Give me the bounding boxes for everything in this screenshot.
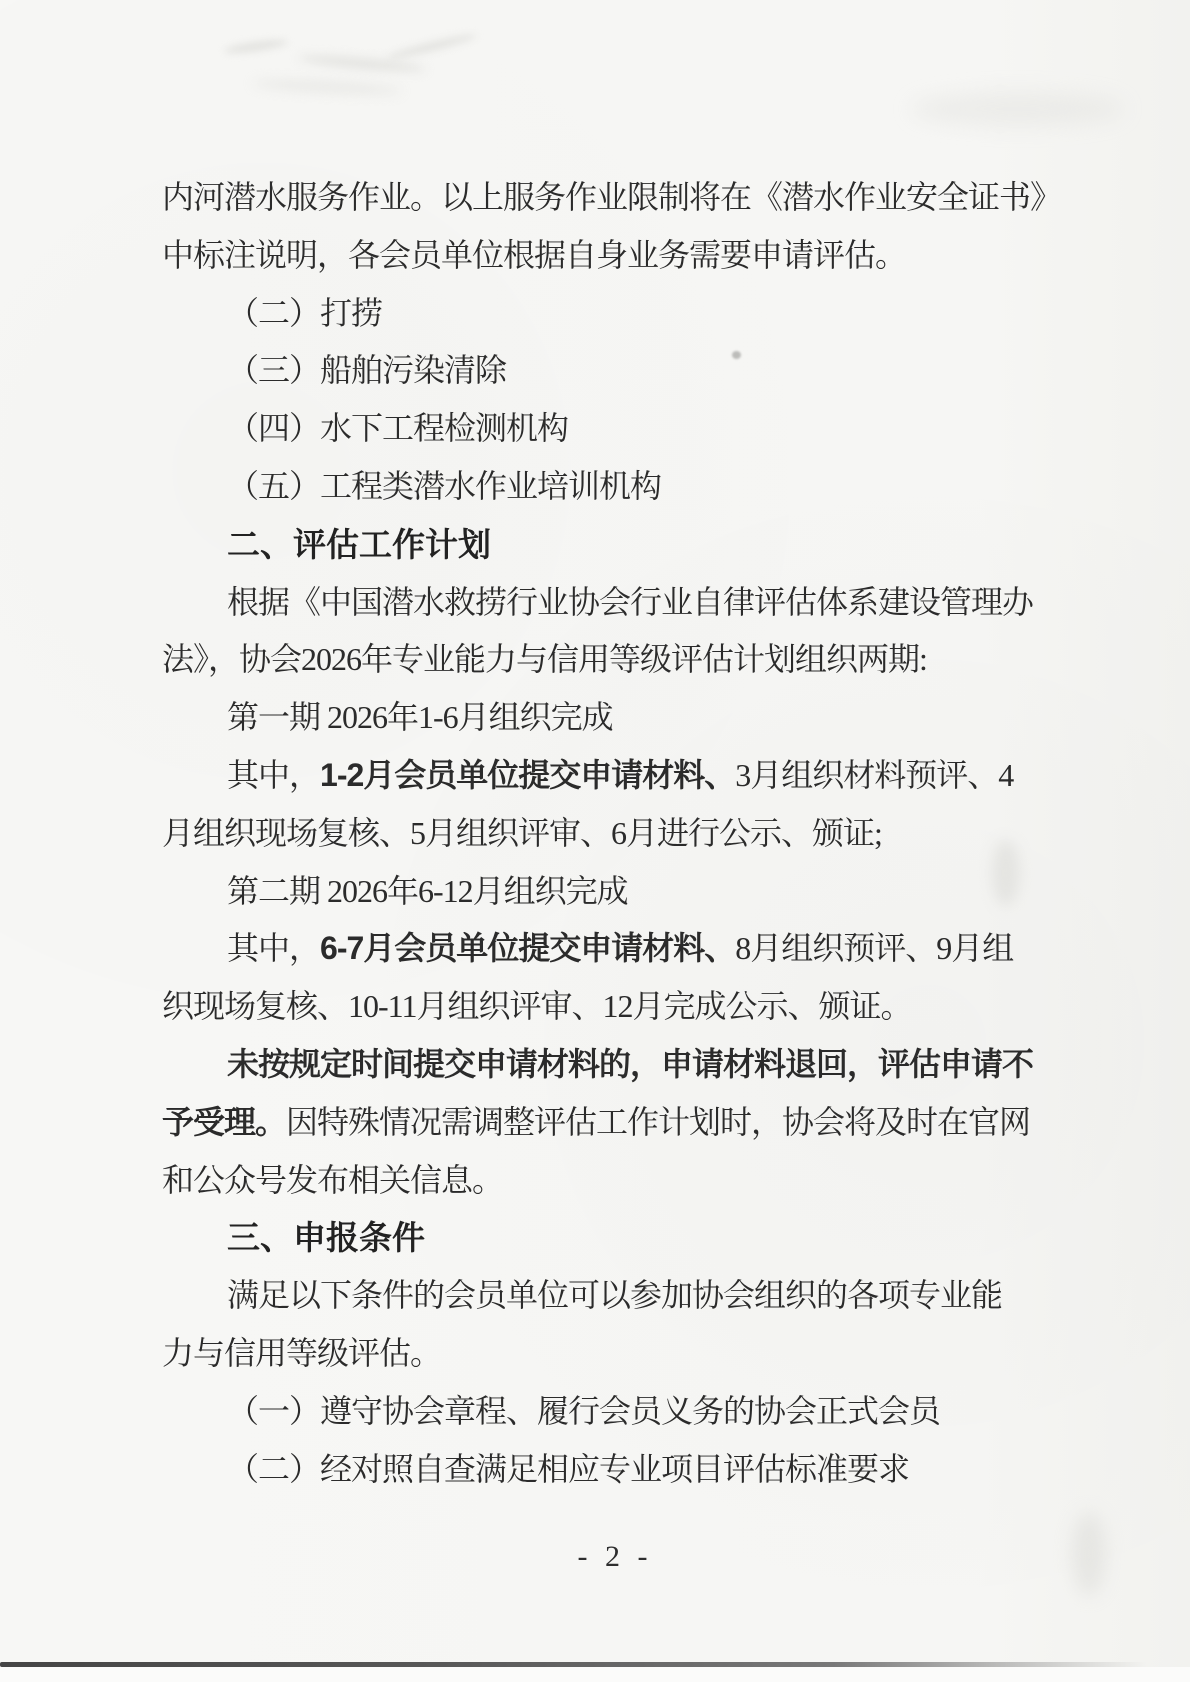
scan-background-below-edge bbox=[0, 1667, 1190, 1682]
page-number: - 2 - bbox=[162, 1540, 1068, 1574]
scan-smudge bbox=[910, 92, 1125, 126]
scan-smudge bbox=[252, 78, 402, 96]
text-run: 1-2月会员单位提交申请材料、 bbox=[320, 757, 735, 793]
text-run: （二）打捞 bbox=[227, 295, 382, 331]
text-run: （二）经对照自查满足相应专业项目评估标准要求 bbox=[227, 1451, 909, 1487]
text-run: 其中， bbox=[227, 757, 320, 793]
text-run: 第一期 2026年1-6月组织完成 bbox=[227, 699, 613, 735]
scan-smudge bbox=[1072, 1512, 1106, 1596]
scan-smudge bbox=[386, 31, 477, 62]
text-run: 月组织现场复核、5月组织评审、6月进行公示、颁证; bbox=[162, 815, 882, 851]
text-line: 中标注说明，各会员单位根据自身业务需要申请评估。 bbox=[162, 227, 1068, 285]
text-run: 织现场复核、10-11月组织评审、12月完成公示、颁证。 bbox=[162, 988, 911, 1024]
text-run: （三）船舶污染清除 bbox=[227, 352, 506, 388]
text-run: 其中， bbox=[227, 930, 320, 966]
text-line: 其中，1-2月会员单位提交申请材料、3月组织材料预评、4 bbox=[162, 747, 1068, 805]
text-line: （二）打捞 bbox=[162, 285, 1068, 343]
text-line: 月组织现场复核、5月组织评审、6月进行公示、颁证; bbox=[162, 805, 1068, 863]
text-line: 第一期 2026年1-6月组织完成 bbox=[162, 689, 1068, 747]
text-line: 其中，6-7月会员单位提交申请材料、8月组织预评、9月组 bbox=[162, 920, 1068, 978]
text-line: 法》，协会2026年专业能力与信用等级评估计划组织两期: bbox=[162, 631, 1068, 689]
text-line: 未按规定时间提交申请材料的，申请材料退回，评估申请不 bbox=[162, 1036, 1068, 1094]
text-run: 内河潜水服务作业。以上服务作业限制将在《潜水作业安全证书》 bbox=[162, 179, 1061, 215]
text-run: （一）遵守协会章程、履行会员义务的协会正式会员 bbox=[227, 1393, 940, 1429]
text-line: 第二期 2026年6-12月组织完成 bbox=[162, 863, 1068, 921]
text-line: （一）遵守协会章程、履行会员义务的协会正式会员 bbox=[162, 1383, 1068, 1441]
text-run: 满足以下条件的会员单位可以参加协会组织的各项专业能 bbox=[227, 1277, 1002, 1313]
text-block: 内河潜水服务作业。以上服务作业限制将在《潜水作业安全证书》中标注说明，各会员单位… bbox=[162, 169, 1068, 1498]
scan-smudge bbox=[224, 38, 289, 56]
text-line: 满足以下条件的会员单位可以参加协会组织的各项专业能 bbox=[162, 1267, 1068, 1325]
heading-line: 三、申报条件 bbox=[162, 1209, 1068, 1267]
text-run: 3月组织材料预评、4 bbox=[735, 757, 1013, 793]
text-line: （四）水下工程检测机构 bbox=[162, 400, 1068, 458]
heading-line: 二、评估工作计划 bbox=[162, 516, 1068, 574]
text-run: 二、评估工作计划 bbox=[227, 526, 491, 563]
text-run: 未按规定时间提交申请材料的，申请材料退回，评估申请不 bbox=[227, 1046, 1033, 1082]
text-run: （五）工程类潜水作业培训机构 bbox=[227, 468, 661, 504]
text-run: （四）水下工程检测机构 bbox=[227, 410, 568, 446]
text-run: 法》，协会2026年专业能力与信用等级评估计划组织两期: bbox=[162, 641, 927, 677]
text-line: 和公众号发布相关信息。 bbox=[162, 1152, 1068, 1210]
scanned-document-page: 内河潜水服务作业。以上服务作业限制将在《潜水作业安全证书》中标注说明，各会员单位… bbox=[0, 0, 1190, 1682]
text-line: 内河潜水服务作业。以上服务作业限制将在《潜水作业安全证书》 bbox=[162, 169, 1068, 227]
text-run: 因特殊情况需调整评估工作计划时，协会将及时在官网 bbox=[286, 1104, 1030, 1140]
text-line: （二）经对照自查满足相应专业项目评估标准要求 bbox=[162, 1441, 1068, 1499]
text-line: 织现场复核、10-11月组织评审、12月完成公示、颁证。 bbox=[162, 978, 1068, 1036]
text-line: （五）工程类潜水作业培训机构 bbox=[162, 458, 1068, 516]
text-run: 中标注说明，各会员单位根据自身业务需要申请评估。 bbox=[162, 237, 906, 273]
text-line: 力与信用等级评估。 bbox=[162, 1325, 1068, 1383]
text-line: 根据《中国潜水救捞行业协会行业自律评估体系建设管理办 bbox=[162, 574, 1068, 632]
text-line: 予受理。因特殊情况需调整评估工作计划时，协会将及时在官网 bbox=[162, 1094, 1068, 1152]
text-run: 根据《中国潜水救捞行业协会行业自律评估体系建设管理办 bbox=[227, 584, 1033, 620]
text-run: 予受理。 bbox=[162, 1104, 286, 1140]
text-run: 第二期 2026年6-12月组织完成 bbox=[227, 873, 628, 909]
text-line: （三）船舶污染清除 bbox=[162, 342, 1068, 400]
text-run: 和公众号发布相关信息。 bbox=[162, 1162, 503, 1198]
text-run: 力与信用等级评估。 bbox=[162, 1335, 441, 1371]
text-run: 6-7月会员单位提交申请材料、 bbox=[320, 930, 735, 966]
text-run: 三、申报条件 bbox=[227, 1219, 425, 1256]
text-run: 8月组织预评、9月组 bbox=[735, 930, 1013, 966]
